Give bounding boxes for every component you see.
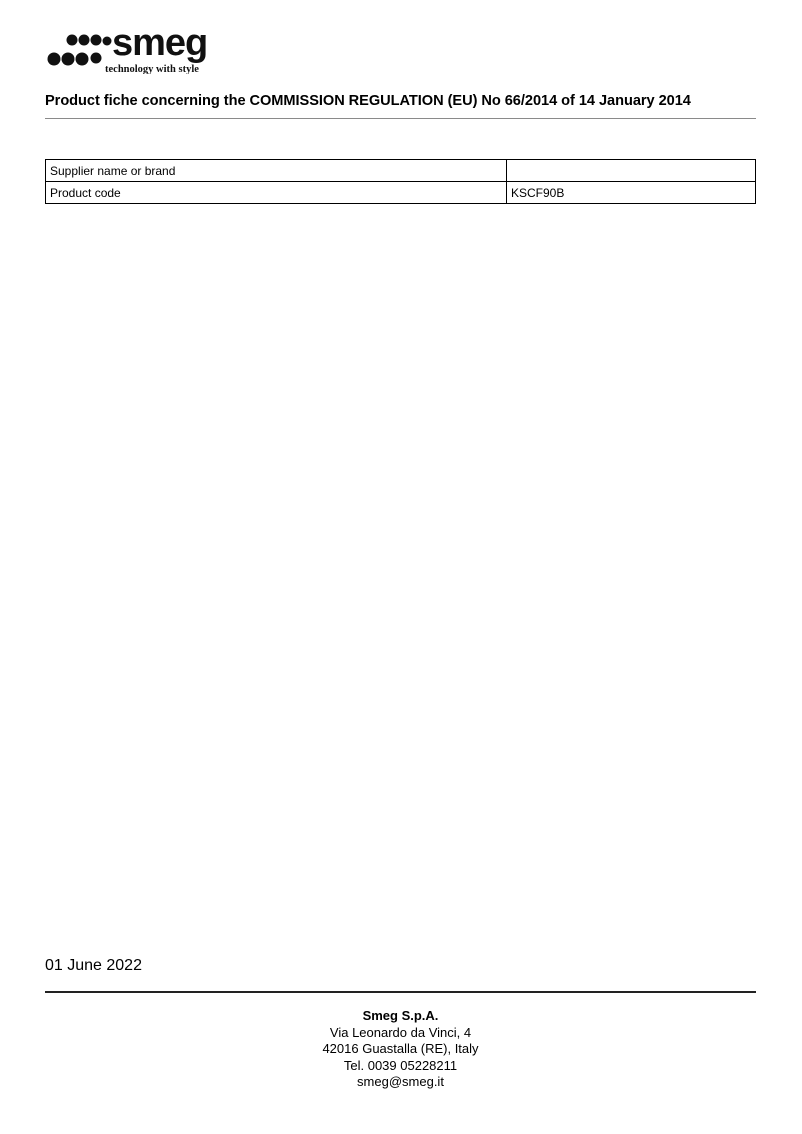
- smeg-logo: smeg technology with style: [47, 28, 247, 74]
- footer-divider: [45, 991, 756, 993]
- supplier-value: [507, 160, 756, 182]
- phone-number: Tel. 0039 05228211: [45, 1058, 756, 1075]
- product-fiche-table: Supplier name or brand Product code KSCF…: [45, 159, 756, 204]
- address-line-2: 42016 Guastalla (RE), Italy: [45, 1041, 756, 1058]
- company-name: Smeg S.p.A.: [45, 1008, 756, 1025]
- product-code-label: Product code: [46, 182, 507, 204]
- footer: Smeg S.p.A. Via Leonardo da Vinci, 4 420…: [45, 1008, 756, 1091]
- svg-text:smeg: smeg: [112, 28, 207, 64]
- table-row: Product code KSCF90B: [46, 182, 756, 204]
- smeg-logo-graphic: smeg technology with style: [47, 28, 247, 74]
- svg-text:technology with style: technology with style: [105, 64, 199, 74]
- document-title: Product fiche concerning the COMMISSION …: [45, 93, 691, 109]
- email-address: smeg@smeg.it: [45, 1074, 756, 1091]
- product-code-value: KSCF90B: [507, 182, 756, 204]
- document-date: 01 June 2022: [45, 957, 142, 975]
- supplier-label: Supplier name or brand: [46, 160, 507, 182]
- address-line-1: Via Leonardo da Vinci, 4: [45, 1025, 756, 1042]
- table-row: Supplier name or brand: [46, 160, 756, 182]
- title-divider: [45, 118, 756, 119]
